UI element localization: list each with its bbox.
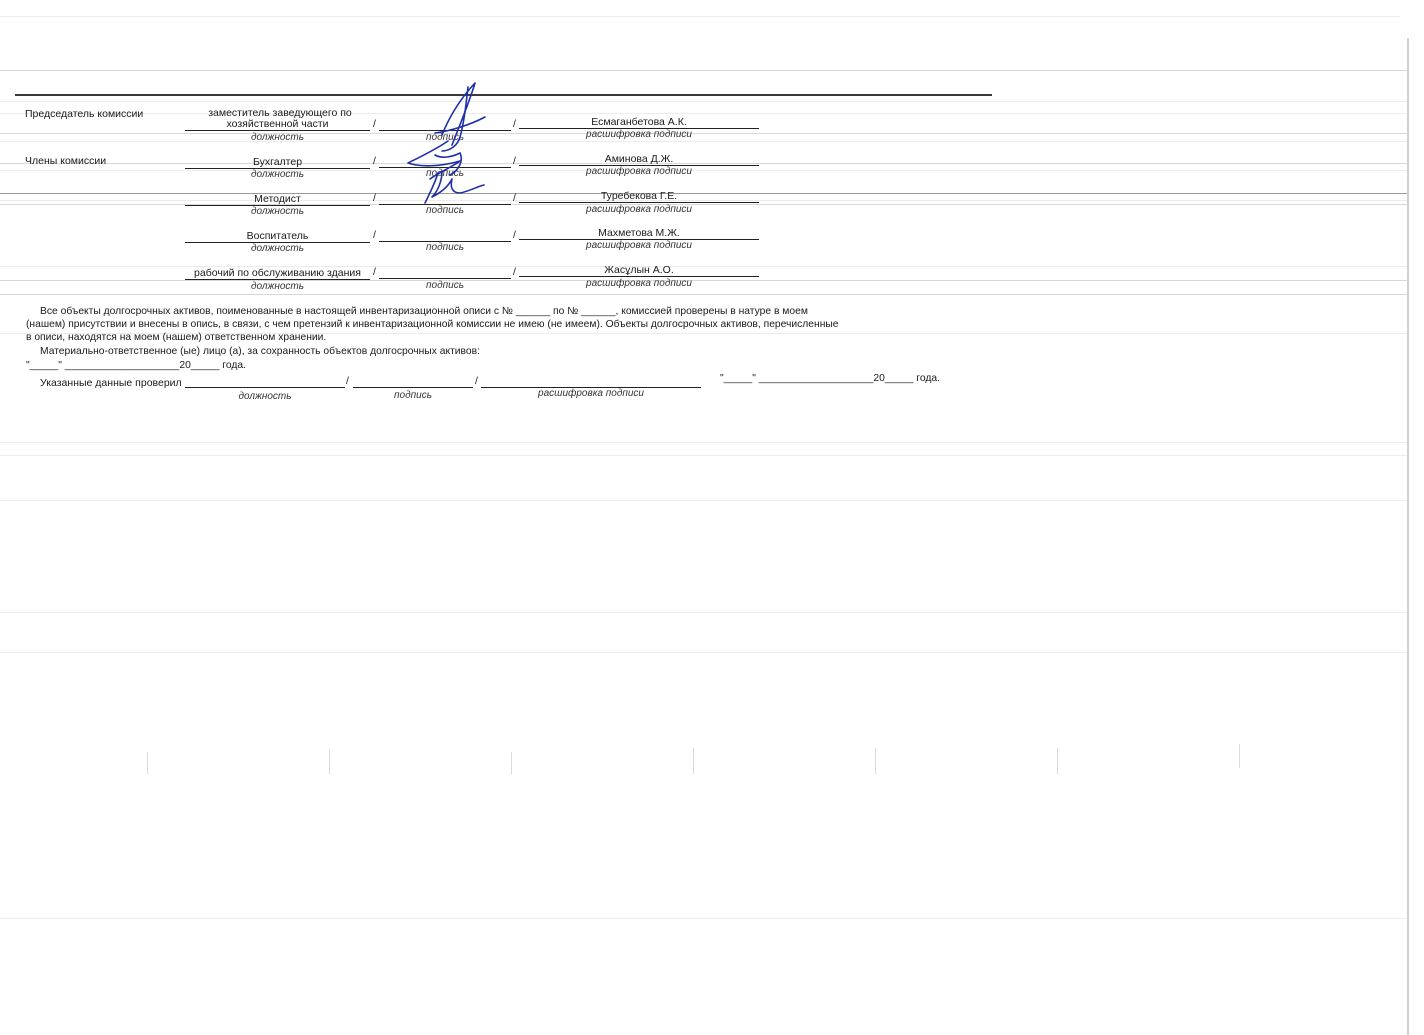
separator: / (373, 192, 376, 204)
separator: / (373, 155, 376, 167)
separator: / (373, 118, 376, 130)
position-field (185, 130, 370, 131)
position-field (185, 279, 370, 280)
scan-line (0, 442, 1407, 443)
position-caption: должность (185, 132, 370, 144)
scan-line (0, 612, 1407, 613)
scan-mark (1239, 744, 1240, 768)
separator: / (373, 266, 376, 278)
scan-mark (875, 748, 876, 774)
verified-by-label: Указанные данные проверил (40, 377, 182, 389)
scan-line (0, 101, 1407, 102)
separator: / (346, 375, 349, 387)
statement-line: (нашем) присутствии и внесены в опись, в… (26, 318, 839, 331)
position-caption: должность (185, 206, 370, 218)
position-text: Воспитатель (185, 230, 370, 242)
decoding-caption: расшифровка подписи (519, 129, 759, 141)
handwritten-signature-icon (380, 75, 510, 220)
name-text: Аминова Д.Ж. (519, 153, 759, 165)
separator: / (513, 192, 516, 204)
verifier-signature-field (353, 387, 473, 388)
decoding-caption: расшифровка подписи (519, 240, 759, 252)
name-field (519, 276, 759, 277)
signature-caption: подпись (379, 205, 511, 217)
scan-line (0, 16, 1400, 17)
scan-mark (329, 750, 330, 774)
scan-line (0, 500, 1407, 501)
signature-field (379, 278, 511, 279)
members-label: Члены комиссии (25, 155, 106, 167)
signature-caption: подпись (379, 132, 511, 144)
separator: / (513, 266, 516, 278)
chairman-label: Председатель комиссии (25, 108, 143, 120)
scan-line (0, 652, 1407, 653)
name-text: Есмаганбетова А.К. (519, 116, 759, 128)
signature-caption: подпись (353, 390, 473, 402)
scan-mark (693, 748, 694, 774)
scan-mark (147, 752, 148, 774)
position-caption: должность (185, 281, 370, 293)
scan-mark (511, 752, 512, 774)
position-caption: должность (185, 391, 345, 403)
decoding-caption: расшифровка подписи (519, 278, 759, 290)
statement-line: Все объекты долгосрочных активов, поимен… (40, 305, 808, 318)
name-field (519, 202, 759, 203)
separator: / (513, 118, 516, 130)
scan-line (0, 918, 1407, 919)
statement-line: Материально-ответственное (ые) лицо (а),… (40, 345, 480, 358)
position-text: Методист (185, 193, 370, 205)
signature-caption: подпись (379, 280, 511, 292)
date-field: "_____" ____________________20_____ года… (26, 359, 246, 372)
separator: / (475, 375, 478, 387)
name-text: Туребекова Г.Е. (519, 190, 759, 202)
position-text: хозяйственной части (185, 118, 370, 130)
signature-caption: подпись (379, 168, 511, 180)
verifier-position-field (185, 387, 345, 388)
decoding-caption: расшифровка подписи (519, 166, 759, 178)
position-text: рабочий по обслуживанию здания (185, 267, 370, 279)
decoding-caption: расшифровка подписи (481, 388, 701, 400)
decoding-caption: расшифровка подписи (519, 204, 759, 216)
name-text: Жасұлын А.О. (519, 264, 759, 276)
separator: / (373, 229, 376, 241)
name-text: Махметова М.Ж. (519, 227, 759, 239)
signature-caption: подпись (379, 242, 511, 254)
position-text: Бухгалтер (185, 156, 370, 168)
separator: / (513, 229, 516, 241)
page-edge (1407, 38, 1409, 1035)
scan-line (0, 294, 1407, 295)
position-caption: должность (185, 243, 370, 255)
statement-line: в описи, находятся на моем (нашем) ответ… (26, 331, 326, 344)
scan-line (0, 70, 1407, 71)
signature-field (379, 130, 511, 131)
scan-line (0, 455, 1407, 456)
verification-date-field: "_____" ____________________20_____ года… (720, 373, 940, 385)
scan-mark (1057, 748, 1058, 774)
position-caption: должность (185, 169, 370, 181)
separator: / (513, 155, 516, 167)
section-divider (15, 94, 992, 96)
